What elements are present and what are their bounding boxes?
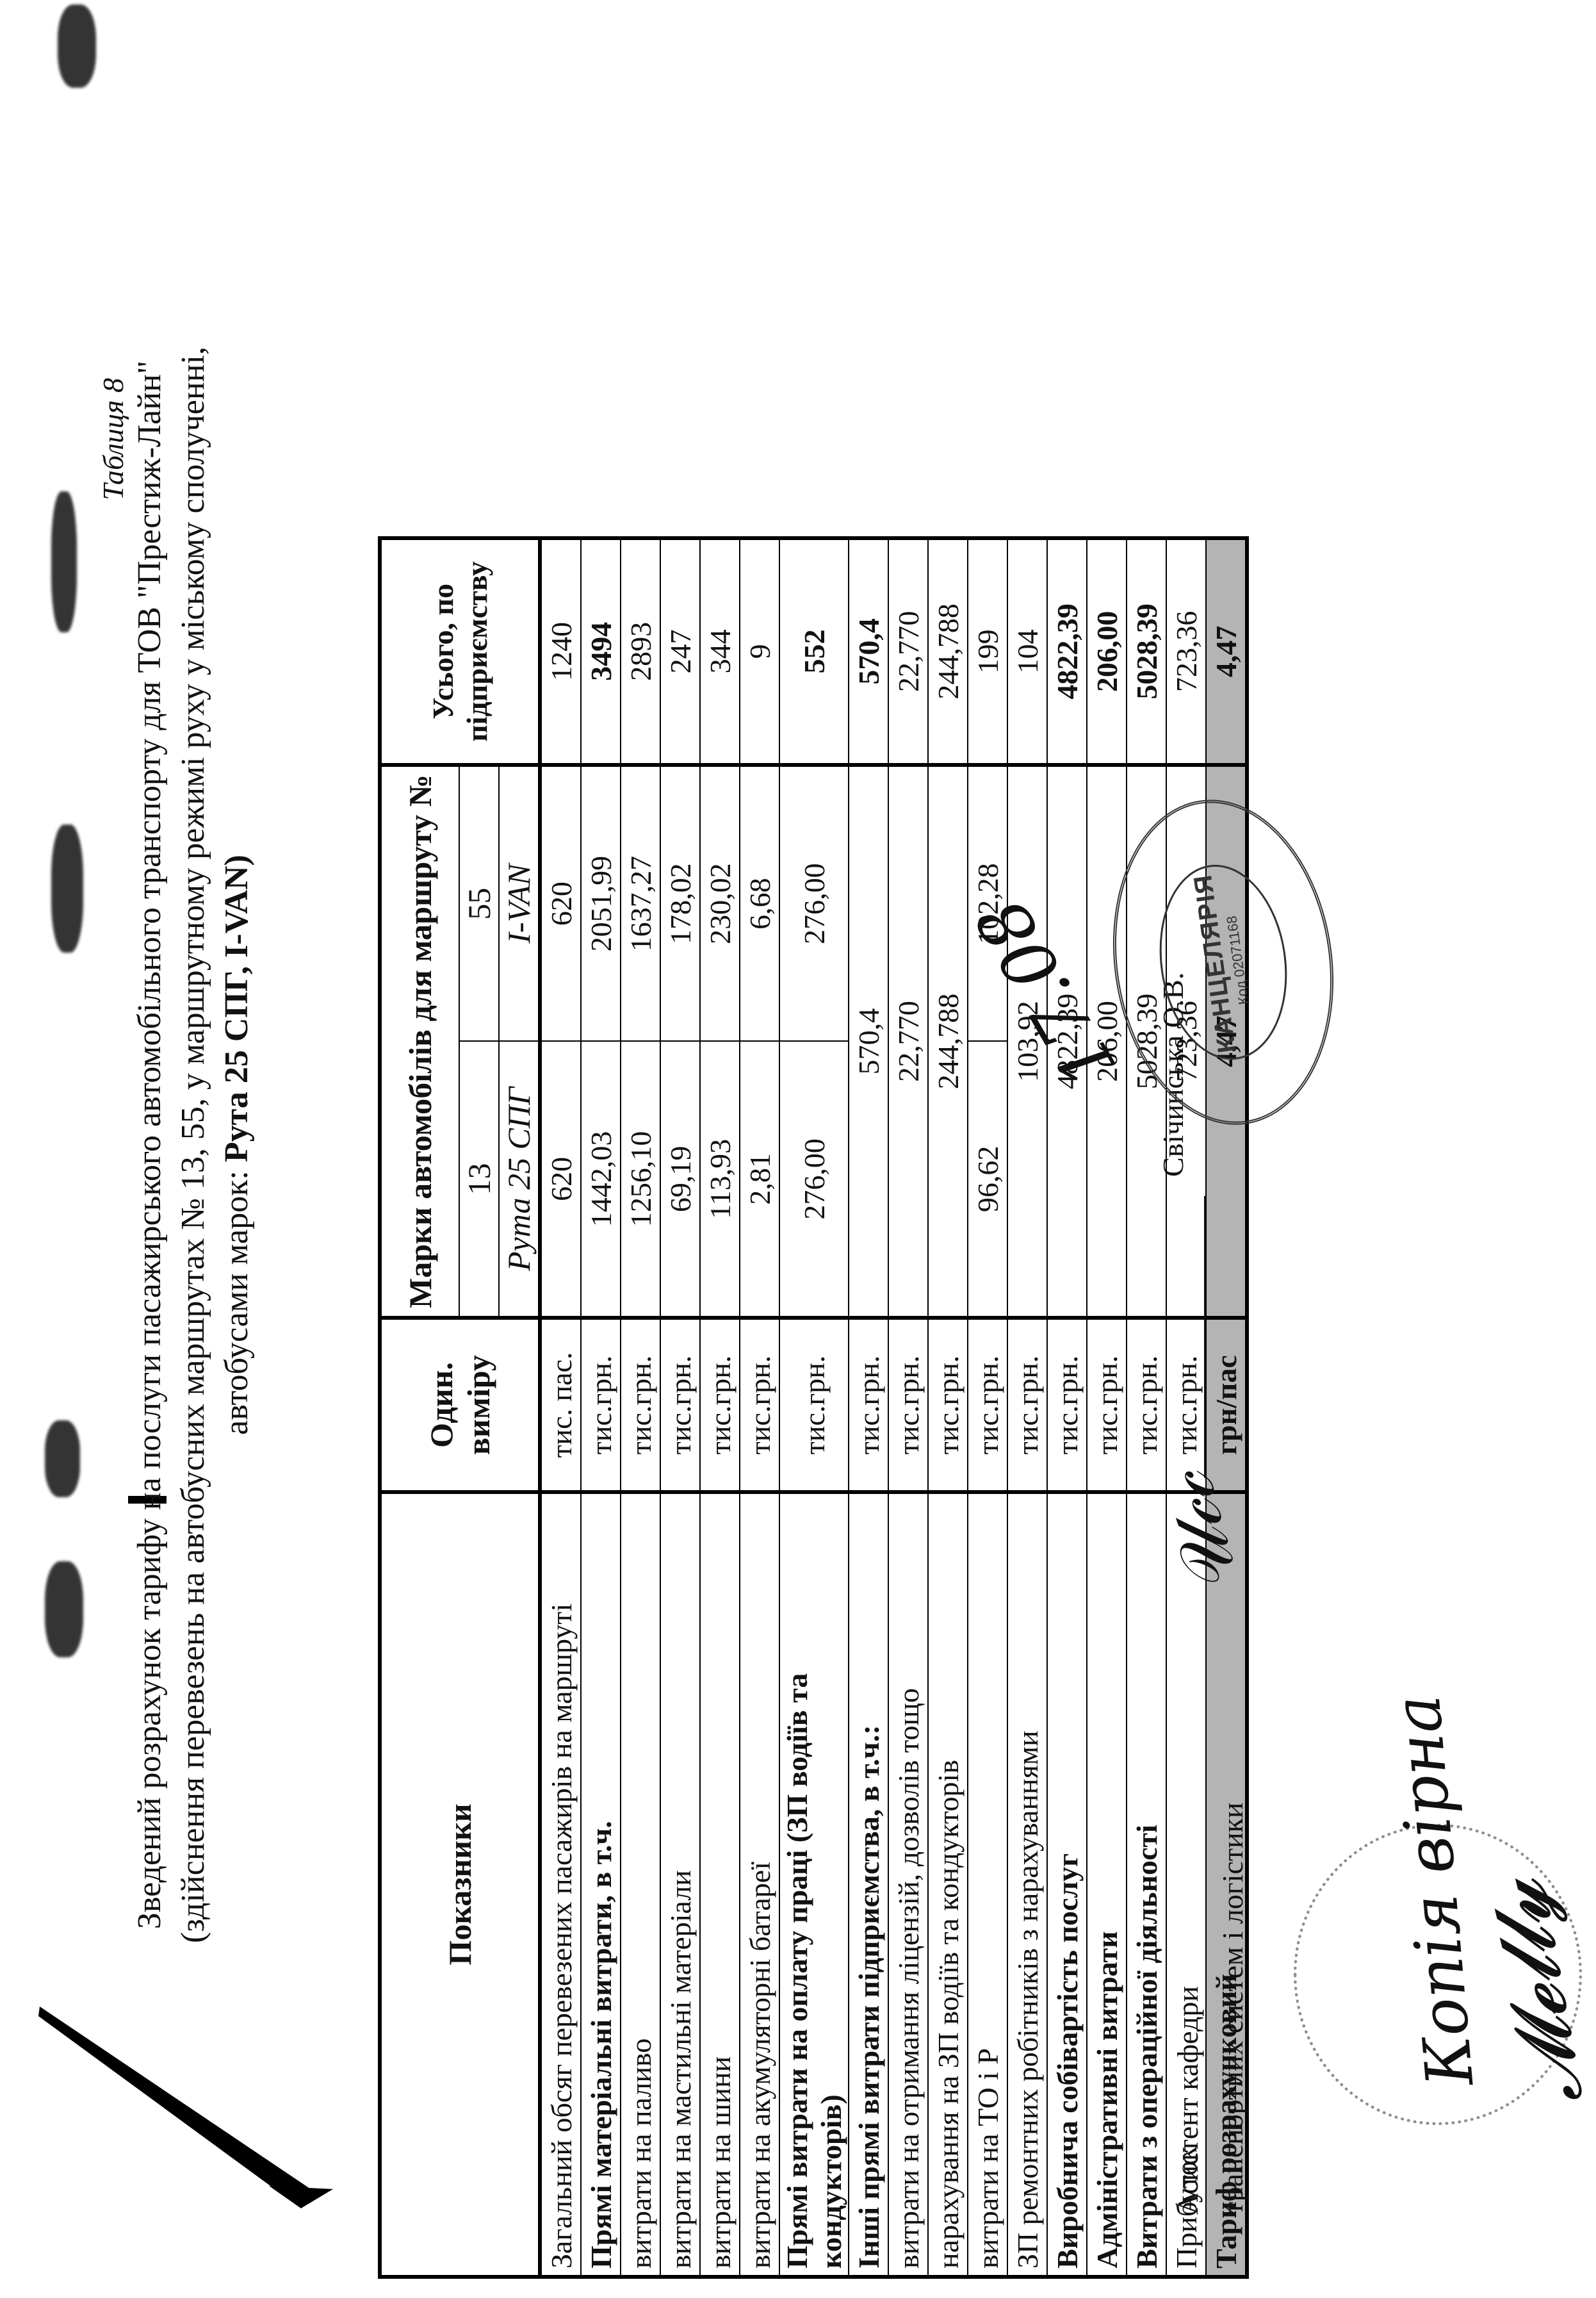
table-row: витрати на ТО і Ртис.грн.96,62102,28199 xyxy=(968,538,1007,2277)
row-label: Виробнича собівартість послуг xyxy=(1047,1492,1087,2277)
row-value-route-55: 230,02 xyxy=(700,765,740,1042)
row-value-route-13: 96,62 xyxy=(968,1041,1007,1318)
header-total: Усього, по підприємству xyxy=(380,538,540,765)
table-label: Таблиця 8 xyxy=(96,378,130,500)
table-row: витрати на паливотис.грн.1256,101637,272… xyxy=(621,538,660,2277)
row-value-total: 4822,39 xyxy=(1047,538,1087,765)
row-unit: тис.грн. xyxy=(849,1318,888,1492)
row-value-total: 104 xyxy=(1007,538,1047,765)
row-label: Прямі витрати на оплату праці (ЗП водіїв… xyxy=(779,1492,849,2277)
header-brands-group: Марки автомобілів для маршруту № xyxy=(380,765,459,1318)
table-row: Адміністративні витратитис.грн.206,00206… xyxy=(1087,538,1127,2277)
header-model-13: Рута 25 СПГ xyxy=(499,1041,540,1318)
row-label: витрати на ТО і Р xyxy=(968,1492,1007,2277)
document-sheet: Таблиця 8 Зведений розрахунок тарифу на … xyxy=(0,0,1596,2298)
scan-blotch xyxy=(45,1420,80,1497)
row-value-total: 199 xyxy=(968,538,1007,765)
row-value-route-13: 1442,03 xyxy=(581,1041,621,1318)
row-value-route-55: 178,02 xyxy=(660,765,700,1042)
row-unit: тис.грн. xyxy=(700,1318,740,1492)
row-label: витрати на отримання ліцензій, дозволів … xyxy=(888,1492,928,2277)
row-value-route-55: 2051,99 xyxy=(581,765,621,1042)
row-value-route-13: 69,19 xyxy=(660,1041,700,1318)
row-value-route-13: 2,81 xyxy=(740,1041,779,1318)
row-value-total: 247 xyxy=(660,538,700,765)
table-row: витрати на мастильні матеріалитис.грн.69… xyxy=(660,538,700,2277)
row-value-total: 3494 xyxy=(581,538,621,765)
row-label: Інші прямі витрати підприємства, в т.ч.: xyxy=(849,1492,888,2277)
table-row: витрати на отримання ліцензій, дозволів … xyxy=(888,538,928,2277)
tariff-table: Показники Один. виміру Марки автомобілів… xyxy=(378,536,1249,2279)
scan-blotch xyxy=(45,1561,83,1657)
row-unit: тис.грн. xyxy=(581,1318,621,1492)
row-label: витрати на паливо xyxy=(621,1492,660,2277)
table-row: Витрати з операційної діяльностітис.грн.… xyxy=(1127,538,1166,2277)
signature-line xyxy=(1204,1196,1206,1478)
row-value-total: 4,47 xyxy=(1206,538,1247,765)
row-value-total: 344 xyxy=(700,538,740,765)
table-body: Загальний обсяг перевезених пасажирів на… xyxy=(540,538,1247,2277)
header-route-13: 13 xyxy=(459,1041,499,1318)
scan-blotch xyxy=(51,491,77,632)
row-unit: грн/пас xyxy=(1206,1318,1247,1492)
row-value-route-55: 276,00 xyxy=(779,765,849,1042)
row-unit: тис.грн. xyxy=(888,1318,928,1492)
row-value-route-13: 620 xyxy=(540,1041,581,1318)
row-unit: тис.грн. xyxy=(1087,1318,1127,1492)
row-value-total: 5028,39 xyxy=(1127,538,1166,765)
scan-blotch xyxy=(58,4,96,88)
table-row: Прямі витрати на оплату праці (ЗП водіїв… xyxy=(779,538,849,2277)
table-row: витрати на акумуляторні батареїтис.грн.2… xyxy=(740,538,779,2277)
row-value-total: 244,788 xyxy=(928,538,968,765)
document-title: Зведений розрахунок тарифу на послуги па… xyxy=(128,120,259,2170)
table-row: Виробнича собівартість послугтис.грн.482… xyxy=(1047,538,1087,2277)
signer-position: Асистент кафедри транспортних систем і л… xyxy=(1166,1802,1255,2215)
row-unit: тис.грн. xyxy=(1166,1318,1206,1492)
row-value-total: 570,4 xyxy=(849,538,888,765)
row-label: витрати на мастильні матеріали xyxy=(660,1492,700,2277)
header-route-55: 55 xyxy=(459,765,499,1042)
row-unit: тис.грн. xyxy=(928,1318,968,1492)
table-row: Прямі матеріальні витрати, в т.ч.тис.грн… xyxy=(581,538,621,2277)
row-value-merged: 570,4 xyxy=(849,765,888,1318)
row-value-merged: 244,788 xyxy=(928,765,968,1318)
row-value-route-13: 1256,10 xyxy=(621,1041,660,1318)
header-unit: Один. виміру xyxy=(380,1318,540,1492)
table-row: нарахування на ЗП водіїв та кондукторівт… xyxy=(928,538,968,2277)
row-label: витрати на шини xyxy=(700,1492,740,2277)
row-label: витрати на акумуляторні батареї xyxy=(740,1492,779,2277)
row-value-total: 723,36 xyxy=(1166,538,1206,765)
title-line-3-bold: Рута 25 СПГ, I-VAN) xyxy=(218,855,255,1162)
row-label: Адміністративні витрати xyxy=(1087,1492,1127,2277)
header-model-55: I-VAN xyxy=(499,765,540,1042)
title-line-3: автобусами марок: Рута 25 СПГ, I-VAN) xyxy=(215,120,259,2170)
scan-blotch xyxy=(51,825,83,953)
row-value-route-13: 113,93 xyxy=(700,1041,740,1318)
row-value-route-13: 276,00 xyxy=(779,1041,849,1318)
row-unit: тис.грн. xyxy=(1047,1318,1087,1492)
row-value-total: 22,770 xyxy=(888,538,928,765)
row-unit: тис.грн. xyxy=(779,1318,849,1492)
office-stamp-inner: КАНЦЕЛЯРІЯ Код 02071168 xyxy=(1148,857,1299,1068)
row-value-total: 1240 xyxy=(540,538,581,765)
row-unit: тис.грн. xyxy=(1127,1318,1166,1492)
row-unit: тис.грн. xyxy=(1007,1318,1047,1492)
row-label: нарахування на ЗП водіїв та кондукторів xyxy=(928,1492,968,2277)
title-line-2: (здійснення перевезень на автобусних мар… xyxy=(172,120,215,2170)
row-value-route-55: 620 xyxy=(540,765,581,1042)
title-line-1: Зведений розрахунок тарифу на послуги па… xyxy=(128,120,172,2170)
row-value-total: 552 xyxy=(779,538,849,765)
row-value-route-55: 1637,27 xyxy=(621,765,660,1042)
row-unit: тис.грн. xyxy=(621,1318,660,1492)
row-value-total: 9 xyxy=(740,538,779,765)
row-value-merged: 22,770 xyxy=(888,765,928,1318)
row-label: Загальний обсяг перевезених пасажирів на… xyxy=(540,1492,581,2277)
row-unit: тис.грн. xyxy=(968,1318,1007,1492)
row-label: ЗП ремонтних робітників з нарахуваннями xyxy=(1007,1492,1047,2277)
row-value-route-55: 6,68 xyxy=(740,765,779,1042)
row-value-total: 206,00 xyxy=(1087,538,1127,765)
signer-position-line-2: транспортних систем і логістики xyxy=(1210,1802,1255,2215)
table-row: Інші прямі витрати підприємства, в т.ч.:… xyxy=(849,538,888,2277)
signer-position-line-1: Асистент кафедри xyxy=(1166,1802,1210,2215)
table-row: ЗП ремонтних робітників з нарахуваннямит… xyxy=(1007,538,1047,2277)
row-value-total: 2893 xyxy=(621,538,660,765)
row-label: Витрати з операційної діяльності xyxy=(1127,1492,1166,2277)
title-line-3-prefix: автобусами марок: xyxy=(218,1162,255,1435)
header-indicators: Показники xyxy=(380,1492,540,2277)
table-row: витрати на шинитис.грн.113,93230,02344 xyxy=(700,538,740,2277)
table-row: Загальний обсяг перевезених пасажирів на… xyxy=(540,538,581,2277)
row-unit: тис.грн. xyxy=(740,1318,779,1492)
row-unit: тис. пас. xyxy=(540,1318,581,1492)
row-label: Прямі матеріальні витрати, в т.ч. xyxy=(581,1492,621,2277)
row-unit: тис.грн. xyxy=(660,1318,700,1492)
